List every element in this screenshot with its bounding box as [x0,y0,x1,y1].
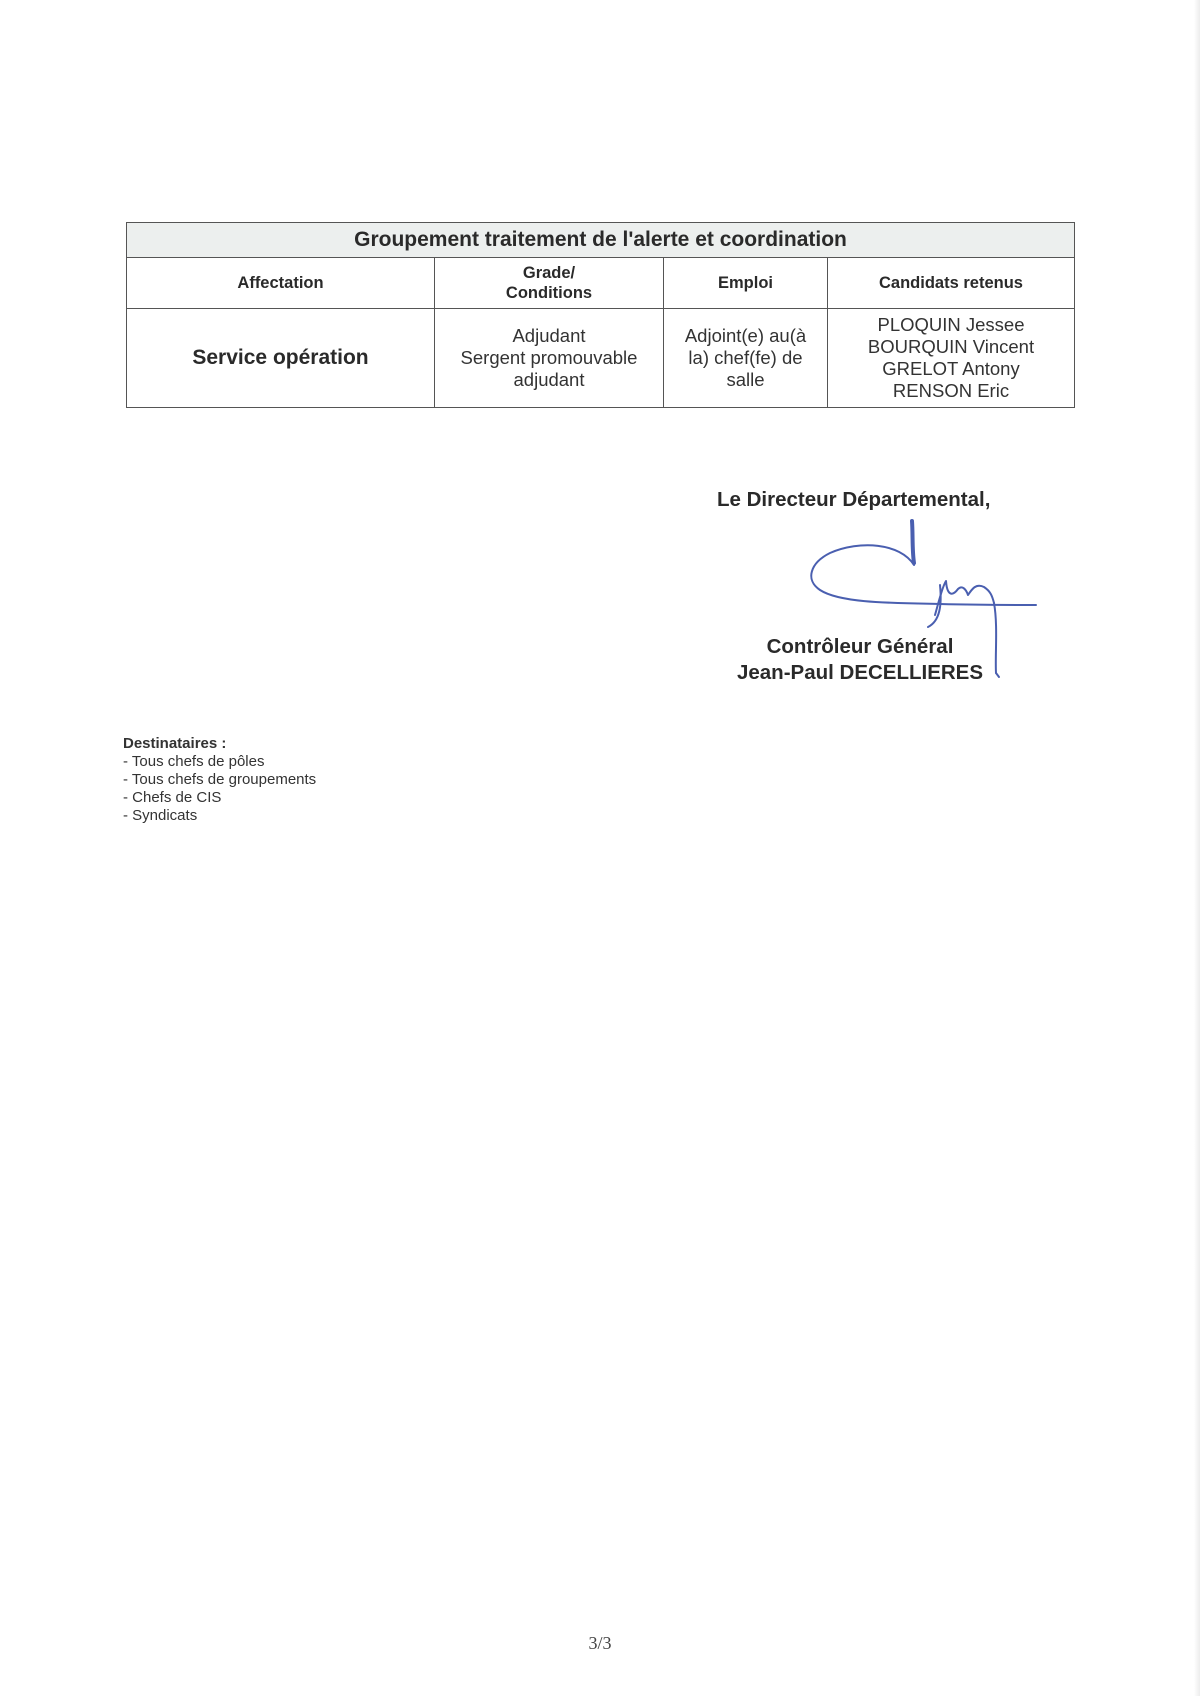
recipients-list: Destinataires : - Tous chefs de pôles - … [123,735,316,825]
header-emploi: Emploi [664,258,828,309]
cell-emploi: Adjoint(e) au(à la) chef(fe) de salle [664,309,828,408]
table-header-row: Affectation Grade/ Conditions Emploi Can… [127,258,1075,309]
table-title-row: Groupement traitement de l'alerte et coo… [127,223,1075,258]
header-grade-line2: Conditions [441,283,657,303]
grade-line: Adjudant [441,325,657,347]
candidate-name: GRELOT Antony [834,358,1068,380]
assignment-table: Groupement traitement de l'alerte et coo… [126,222,1075,408]
page-number: 3/3 [0,1633,1200,1654]
recipient-item: - Tous chefs de groupements [123,771,316,789]
recipients-title: Destinataires : [123,735,316,753]
signatory-title: Le Directeur Départemental, [717,488,990,512]
recipient-item: - Tous chefs de pôles [123,753,316,771]
header-grade: Grade/ Conditions [435,258,664,309]
page-edge [1194,0,1200,1696]
signatory-block: Contrôleur Général Jean-Paul DECELLIERES [730,634,990,686]
recipient-item: - Chefs de CIS [123,789,316,807]
candidate-name: RENSON Eric [834,380,1068,402]
header-candidats: Candidats retenus [828,258,1075,309]
cell-affectation: Service opération [127,309,435,408]
signatory-rank: Contrôleur Général [730,634,990,660]
table-title: Groupement traitement de l'alerte et coo… [127,223,1075,258]
grade-line: Sergent promouvable [441,347,657,369]
candidate-name: BOURQUIN Vincent [834,336,1068,358]
candidate-name: PLOQUIN Jessee [834,314,1068,336]
table-row: Service opération Adjudant Sergent promo… [127,309,1075,408]
emploi-line: salle [670,369,821,391]
emploi-line: Adjoint(e) au(à [670,325,821,347]
header-grade-line1: Grade/ [441,263,657,283]
header-affectation: Affectation [127,258,435,309]
cell-grade: Adjudant Sergent promouvable adjudant [435,309,664,408]
cell-candidats: PLOQUIN Jessee BOURQUIN Vincent GRELOT A… [828,309,1075,408]
emploi-line: la) chef(fe) de [670,347,821,369]
grade-line: adjudant [441,369,657,391]
signatory-name: Jean-Paul DECELLIERES [730,660,990,686]
recipient-item: - Syndicats [123,807,316,825]
